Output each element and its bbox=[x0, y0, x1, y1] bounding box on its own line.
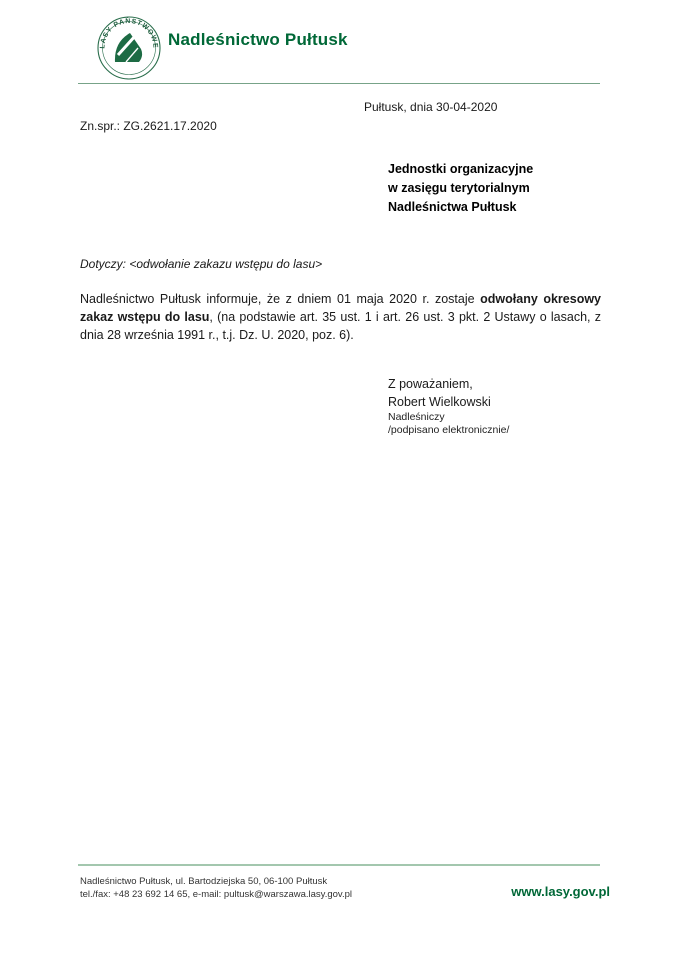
recipient-line: Jednostki organizacyjne bbox=[388, 160, 533, 179]
header-divider bbox=[78, 83, 600, 84]
footer-contact-line: tel./fax: +48 23 692 14 65, e-mail: pult… bbox=[80, 889, 352, 902]
recipient-line: Nadleśnictwa Pułtusk bbox=[388, 198, 533, 217]
subject-line: Dotyczy: <odwołanie zakazu wstępu do las… bbox=[80, 257, 322, 271]
footer-divider bbox=[78, 864, 600, 866]
signatory-title: Nadleśniczy bbox=[388, 411, 509, 424]
letter-page: LASY PAŃSTWOWE Nadleśnictwo Pułtusk Pułt… bbox=[0, 0, 678, 960]
lasy-panstwowe-logo-icon: LASY PAŃSTWOWE bbox=[96, 15, 162, 81]
electronic-signature-note: /podpisano elektronicznie/ bbox=[388, 424, 509, 437]
reference-number: Zn.spr.: ZG.2621.17.2020 bbox=[80, 119, 217, 133]
page-title: Nadleśnictwo Pułtusk bbox=[168, 30, 348, 50]
signature-closing: Z poważaniem, bbox=[388, 375, 509, 393]
body-segment: Nadleśnictwo Pułtusk informuje, że z dni… bbox=[80, 292, 480, 306]
footer-address-line: Nadleśnictwo Pułtusk, ul. Bartodziejska … bbox=[80, 876, 352, 889]
letter-date: Pułtusk, dnia 30-04-2020 bbox=[364, 100, 497, 114]
body-paragraph: Nadleśnictwo Pułtusk informuje, że z dni… bbox=[80, 290, 601, 344]
recipient-line: w zasięgu terytorialnym bbox=[388, 179, 533, 198]
signature-block: Z poważaniem, Robert Wielkowski Nadleśni… bbox=[388, 375, 509, 437]
footer-address-block: Nadleśnictwo Pułtusk, ul. Bartodziejska … bbox=[80, 876, 352, 901]
recipient-block: Jednostki organizacyjne w zasięgu teryto… bbox=[388, 160, 533, 217]
signatory-name: Robert Wielkowski bbox=[388, 393, 509, 411]
footer-website: www.lasy.gov.pl bbox=[495, 884, 610, 899]
